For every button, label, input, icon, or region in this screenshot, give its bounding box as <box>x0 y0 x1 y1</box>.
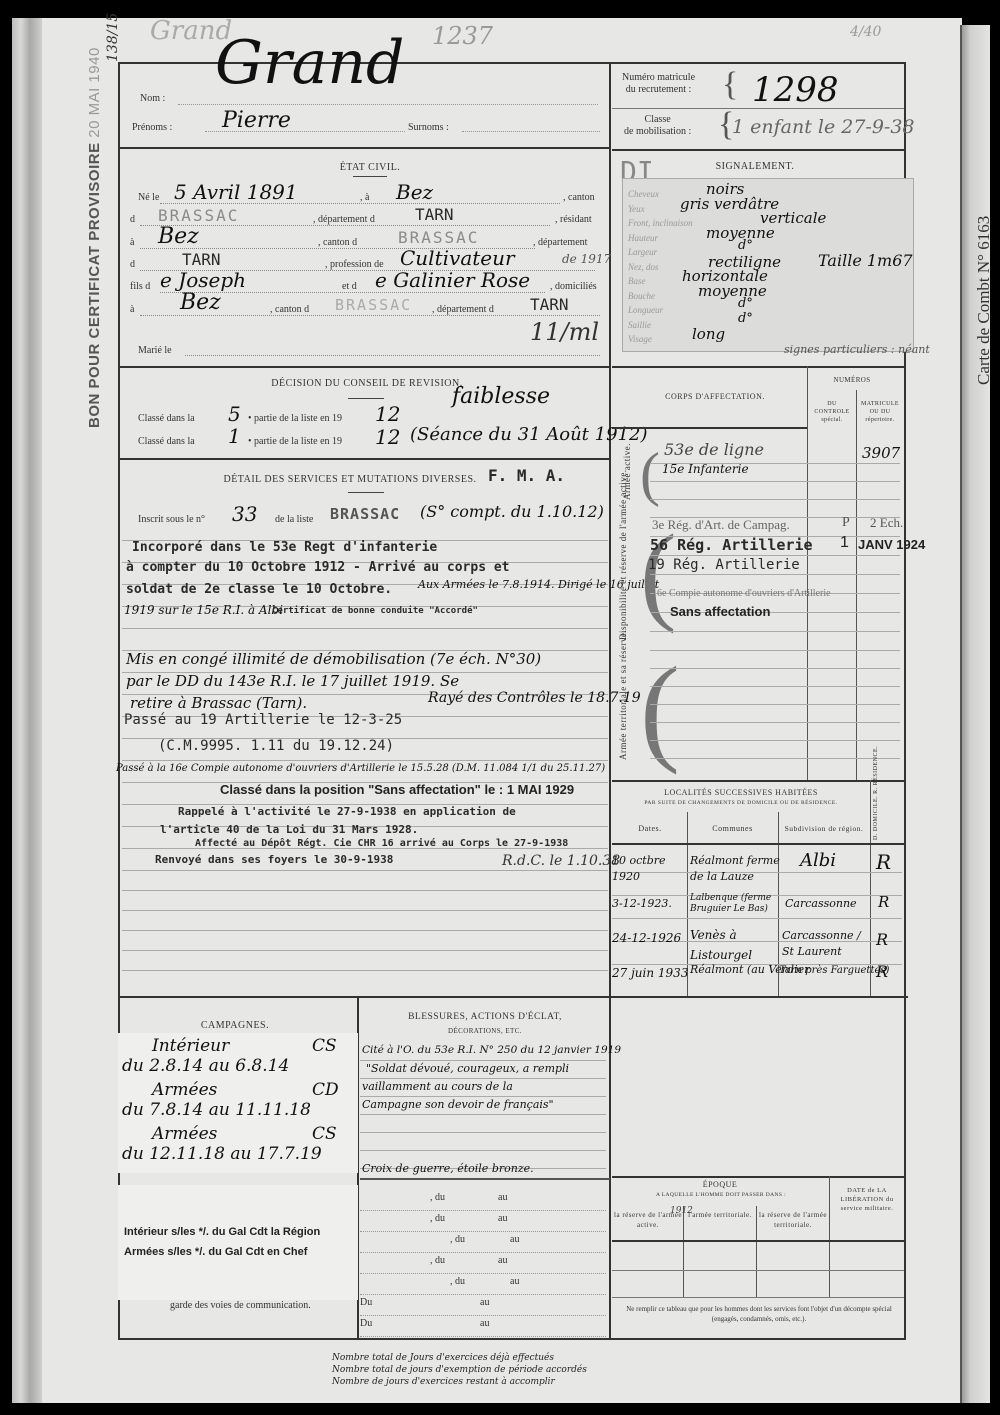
pencil-corner-note: 4/40 <box>850 24 881 40</box>
ruled-line <box>650 555 900 556</box>
signalement-row: Basehorizontale <box>628 271 908 286</box>
taille-value: Taille 1m67 <box>818 251 913 270</box>
partie-value: 5 <box>228 402 241 426</box>
nom-line <box>178 104 598 105</box>
surnoms-line <box>462 131 600 132</box>
du-au-row: Duau <box>360 1295 606 1316</box>
service-entry: Rappelé à l'activité le 27-9-1938 en app… <box>178 805 516 818</box>
localite-subdivision: Albi <box>800 850 836 871</box>
service-entry: retire à Brassac (Tarn). <box>130 694 307 712</box>
conseil-title: DÉCISION DU CONSEIL DE REVISION. <box>252 378 482 389</box>
matricule-entry: JANV 1924 <box>858 537 925 552</box>
controle-entry: 1 <box>840 534 849 552</box>
epoque-subtitle: A LAQUELLE L'HOMME DOIT PASSER DANS : <box>616 1192 826 1198</box>
mother-name: e Galinier Rose <box>375 268 530 292</box>
signalement-row: Saillied° <box>628 315 908 330</box>
sig-label: Visage <box>628 334 652 344</box>
birth-canton: BRASSAC <box>158 206 239 225</box>
section-divider <box>120 996 908 998</box>
classe-value: 1 enfant le 27-9-38 <box>732 116 915 138</box>
total-exercises-done: Nombre total de Jours d'exercices déjà e… <box>332 1352 587 1364</box>
signalement-row: Hauteurmoyenne <box>628 228 908 243</box>
matricule-column-header: MATRICULE OU DU répertoire. <box>858 400 902 424</box>
du-au-row: , duau <box>360 1190 606 1211</box>
fill-line <box>140 315 600 316</box>
father-name: e Joseph <box>160 268 246 292</box>
ruled-line <box>122 930 608 931</box>
service-entry: Rayé des Contrôles le 18.7.19 <box>428 690 641 706</box>
ruled-line <box>650 574 900 575</box>
title-rule <box>348 398 384 399</box>
resident-label: , résidant <box>555 214 592 225</box>
group-label-territoriale: Armée territoriale et sa réserve. <box>618 630 628 760</box>
campaign-entry: Armées CD du 7.8.14 au 11.11.18 <box>122 1080 352 1124</box>
campaign-place: Armées <box>152 1080 217 1100</box>
signalement-row: Visagelong <box>628 329 908 344</box>
annee-value: 12 <box>375 425 400 449</box>
campagnes-title: CAMPAGNES. <box>190 1020 280 1031</box>
marginal-note: 11/ml <box>530 318 599 346</box>
campaign-period: du 12.11.18 au 17.7.19 <box>122 1144 322 1164</box>
service-entry: Renvoyé dans ses foyers le 30-9-1938 <box>155 853 393 866</box>
dr-column-header: D. DOMICILE. R. RÉSIDENCE. <box>872 780 881 840</box>
signalement-row: Nez, dosrectiligneTaille 1m67 <box>628 257 908 272</box>
service-entry: Mis en congé illimité de démobilisation … <box>126 650 541 668</box>
classe-dans-label: Classé dans la <box>138 413 195 424</box>
classe-divider <box>612 149 904 151</box>
localite-date: 10 octbre 1920 <box>612 853 687 885</box>
matricule-label-line1: Numéro matricule <box>622 72 695 84</box>
header-divider <box>612 1240 904 1242</box>
territoriale-header: l'armée territoriale. <box>686 1210 754 1220</box>
matricule-divider <box>612 108 904 109</box>
brace-glyph: { <box>722 66 738 104</box>
ruled-line <box>122 910 608 911</box>
stamp-date: 20 MAI 1940 <box>86 47 103 138</box>
au-label: au <box>510 1234 519 1245</box>
sig-label: Front, inclinaison <box>628 218 693 228</box>
ruled-line <box>360 1114 606 1115</box>
du-label: , du <box>450 1234 465 1245</box>
remaining-exercise-days: Nombre de jours d'exercices restant à ac… <box>332 1376 587 1388</box>
group-label-disponibilite: Disponibilité et réserve de l'armée acti… <box>618 500 628 640</box>
localite-commune: Venès à Listourgel <box>690 925 780 965</box>
inscrit-label: Inscrit sous le n° <box>138 514 205 525</box>
pasted-stamp-slip <box>118 1185 358 1300</box>
campaign-entry: Intérieur CS du 2.8.14 au 6.8.14 <box>122 1036 352 1080</box>
prenoms-value: Pierre <box>222 108 291 133</box>
ruled-line <box>360 1150 606 1151</box>
ruled-line <box>650 740 900 741</box>
sig-label: Base <box>628 276 646 286</box>
header-divider <box>612 427 807 429</box>
campaign-code: CS <box>312 1124 337 1144</box>
numeros-title: NUMÉROS <box>822 376 882 384</box>
service-entry: Passé au 19 Artillerie le 12-3-25 <box>124 712 402 728</box>
campaign-entry: Armées CS du 12.11.18 au 17.7.19 <box>122 1124 352 1168</box>
prenoms-label: Prénoms : <box>132 122 172 133</box>
localite-date: 27 juin 1933 <box>612 966 688 980</box>
a-label: , à <box>360 192 369 203</box>
localite-dr: R <box>876 930 888 949</box>
service-entry: Affecté au Dépôt Régt. Cie CHR 16 arrivé… <box>195 838 568 849</box>
localite-commune: Réalmont ferme de la Lauze <box>690 853 780 885</box>
ruled-line <box>650 668 900 669</box>
liste-value: BRASSAC <box>330 505 400 523</box>
citation-line: vaillamment au cours de la <box>362 1080 513 1093</box>
du-label: , du <box>430 1255 445 1266</box>
stamp-text: BON POUR CERTIFICAT PROVISOIRE <box>86 142 103 428</box>
total-exemption-days: Nombre total de jours d'exemption de pér… <box>332 1364 587 1376</box>
signalement-row: Longueurd° <box>628 300 908 315</box>
corps-entry: 53e de ligne <box>664 440 764 459</box>
page-binding-edge <box>12 18 42 1403</box>
matricule-label: Numéro matricule du recrutement : <box>622 72 695 96</box>
annee-value: 12 <box>375 402 400 426</box>
du-label: Du <box>360 1297 372 1308</box>
sig-label: Longueur <box>628 305 663 315</box>
service-entry: par le DD du 143e R.I. le 17 juillet 191… <box>126 672 459 690</box>
signalement-list: Cheveuxnoirs Yeuxgris verdâtre Front, in… <box>628 184 908 344</box>
a-label: à <box>130 304 134 315</box>
partie-label: • partie de la liste en 19 <box>248 436 342 447</box>
du-label: , du <box>450 1276 465 1287</box>
residence-canton: BRASSAC <box>398 228 479 247</box>
classe-label-line1: Classe <box>624 114 691 126</box>
section-divider <box>612 366 904 368</box>
ruled-line <box>650 722 900 723</box>
profession: Cultivateur <box>400 246 515 270</box>
garde-voies-label: garde des voies de communication. <box>170 1300 311 1311</box>
localite-dr: R <box>876 850 891 874</box>
controle-column-header: DU CONTROLE spécial. <box>810 400 854 424</box>
epoque-title: ÉPOQUE <box>680 1180 760 1189</box>
section-divider <box>612 780 904 782</box>
liste-note: (S° compt. du 1.10.12) <box>420 502 604 521</box>
services-title: DÉTAIL DES SERVICES ET MUTATIONS DIVERSE… <box>215 474 485 485</box>
matricule-label-line2: du recrutement : <box>622 84 695 96</box>
ruled-line <box>650 686 900 687</box>
d-label: d <box>130 259 135 270</box>
signalement-title: SIGNALEMENT. <box>710 161 800 172</box>
au-label: au <box>498 1213 507 1224</box>
ruled-line <box>650 499 900 500</box>
localite-subdivision: Carcassonne / St Laurent <box>782 928 870 960</box>
decoration-line: Croix de guerre, étoile bronze. <box>362 1162 534 1175</box>
residence-departement: TARN <box>182 250 221 269</box>
sig-value: long <box>692 325 725 343</box>
surnoms-label: Surnoms : <box>408 122 449 133</box>
classe-label-line2: de mobilisation : <box>624 126 691 138</box>
ruled-line <box>650 481 900 482</box>
sig-label: Bouche <box>628 291 655 301</box>
campaign-code: CD <box>312 1080 339 1100</box>
corps-entry: 16e Compie autonome d'ouvriers d'Artille… <box>652 588 831 599</box>
ruled-line <box>122 890 608 891</box>
departement-label: , département d <box>432 304 494 315</box>
partie-label: • partie de la liste en 19 <box>248 413 342 424</box>
birth-departement: TARN <box>415 205 454 224</box>
service-entry: (C.M.9995. 1.11 du 19.12.24) <box>158 738 394 754</box>
identity-divider <box>120 147 610 149</box>
section-divider <box>120 366 610 368</box>
ruled-line <box>650 650 900 651</box>
parents-canton: BRASSAC <box>335 296 412 314</box>
section-divider <box>360 1178 610 1180</box>
profession-note: de 1917 <box>562 252 611 266</box>
section-divider <box>120 458 610 460</box>
localite-subdivision: Carcassonne <box>785 897 857 910</box>
liste-label: de la liste <box>275 514 313 525</box>
footer-totals: Nombre total de Jours d'exercices déjà e… <box>332 1352 587 1388</box>
corps-entry: 3e Rég. d'Art. de Campag. <box>652 517 790 533</box>
au-label: au <box>480 1318 489 1329</box>
localite-dr: R <box>878 893 889 911</box>
blessures-subtitle: DÉCORATIONS, ETC. <box>420 1027 550 1035</box>
nom-label: Nom : <box>140 93 165 104</box>
campaign-period: du 2.8.14 au 6.8.14 <box>122 1056 289 1076</box>
communes-column-header: Communes <box>690 824 775 833</box>
du-au-row: , duau <box>360 1232 606 1253</box>
matricule-number: 1298 <box>752 70 839 110</box>
au-label: au <box>510 1276 519 1287</box>
localite-commune: Lalbenque (ferme Bruguier Le Bas) <box>690 893 780 915</box>
localite-date: 3-12-1923. <box>612 897 672 910</box>
ne-le-label: Né le <box>138 192 159 203</box>
ruled-line <box>360 1060 606 1061</box>
fils-label: fils d <box>130 281 150 292</box>
column-divider <box>756 1206 757 1298</box>
ruled-line <box>650 758 900 759</box>
sig-value: d° <box>738 238 753 253</box>
domicilies-label: , domiciliés <box>550 281 597 292</box>
sig-value: d° <box>738 311 753 326</box>
service-entry: soldat de 2e classe le 10 Octobre. <box>126 582 392 597</box>
du-au-row: , duau <box>360 1274 606 1295</box>
signalement-row: Bouchemoyenne <box>628 286 908 301</box>
partie-value: 1 <box>228 424 241 448</box>
ruled-line <box>122 970 608 971</box>
ruled-line <box>122 628 608 629</box>
pencil-number-note: 1237 <box>432 22 493 50</box>
column-divider <box>829 1176 830 1298</box>
service-entry: Passé à la 16e Compie autonome d'ouvrier… <box>116 763 605 774</box>
ruled-line <box>650 631 900 632</box>
campaign-place: Armées <box>152 1124 217 1144</box>
citation-line: "Soldat dévoué, courageux, a rempli <box>366 1062 569 1075</box>
du-au-row: , duau <box>360 1253 606 1274</box>
service-entry: Classé dans la position "Sans affectatio… <box>220 782 574 797</box>
au-label: au <box>498 1192 507 1203</box>
du-label: , du <box>430 1192 445 1203</box>
title-rule <box>348 492 384 493</box>
ruled-line <box>360 1132 606 1133</box>
sig-label: Nez, dos <box>628 262 659 272</box>
corps-entry: Sans affectation <box>670 604 770 619</box>
service-entry: à compter du 10 Octobre 1912 - Arrivé au… <box>126 560 510 575</box>
etat-civil-title: ÉTAT CIVIL. <box>330 162 410 173</box>
citation-line: Cité à l'O. du 53e R.I. N° 250 du 12 jan… <box>362 1044 621 1056</box>
marie-label: Marié le <box>138 345 172 356</box>
corps-title: CORPS D'AFFECTATION. <box>650 392 780 401</box>
localite-subdivision: Tarn près Farguettes) <box>779 965 889 976</box>
ruled-line <box>122 870 608 871</box>
campaign-stamp-line: Intérieur s/les */. du Gal Cdt la Région <box>124 1226 320 1238</box>
subdivision-column-header: Subdivision de région. <box>780 824 868 833</box>
citation-line: Campagne son devoir de français" <box>362 1098 554 1111</box>
decision-note: faiblesse <box>452 384 550 409</box>
birth-place: Bez <box>396 180 433 204</box>
du-au-list: , duau , duau , duau , duau , duau Duau … <box>360 1190 606 1337</box>
sig-label: Cheveux <box>628 189 659 199</box>
du-au-row: , duau <box>360 1211 606 1232</box>
departement-label: , département <box>533 237 587 248</box>
birth-date: 5 Avril 1891 <box>174 180 298 204</box>
localite-date: 24-12-1926 <box>612 931 681 945</box>
residence: Bez <box>158 224 199 249</box>
campaign-stamp-line: Armées s/les */. du Gal Cdt en Chef <box>124 1246 307 1258</box>
ruled-line <box>360 1096 606 1097</box>
reserve-territoriale-header: la réserve de l'armée territoriale. <box>759 1210 827 1230</box>
signes-particuliers: signes particuliers : néant <box>784 343 930 356</box>
sig-value: d° <box>738 296 753 311</box>
campaign-period: du 7.8.14 au 11.11.18 <box>122 1100 311 1120</box>
du-label: Du <box>360 1318 372 1329</box>
service-entry: R.d.C. le 1.10.38 <box>502 853 620 869</box>
ruled-line <box>650 704 900 705</box>
blessures-title: BLESSURES, ACTIONS D'ÉCLAT, <box>390 1012 580 1022</box>
dates-column-header: Dates. <box>620 824 680 833</box>
ruled-line <box>360 1078 606 1079</box>
ruled-line <box>122 760 608 761</box>
numeros-divider <box>807 366 808 780</box>
campaign-code: CS <box>312 1036 337 1056</box>
combat-card-number: Carte de Combt N° 6163 <box>974 216 994 385</box>
provisional-certificate-stamp: BON POUR CERTIFICAT PROVISOIRE 20 MAI 19… <box>86 47 103 428</box>
localite-dr: R <box>876 962 888 981</box>
epoque-note: Ne remplir ce tableau que pour les homme… <box>616 1304 902 1324</box>
campaign-list: Intérieur CS du 2.8.14 au 6.8.14 Armées … <box>122 1036 352 1168</box>
departement-label: , département d <box>313 214 375 225</box>
ruled-line <box>612 918 902 919</box>
localites-subtitle: PAR SUITE DE CHANGEMENTS DE DOMICILE OU … <box>612 800 870 806</box>
fill-line <box>140 225 550 226</box>
service-entry: l'article 40 de la Loi du 31 Mars 1928. <box>160 823 418 836</box>
au-label: au <box>480 1297 489 1308</box>
title-rule <box>353 176 387 177</box>
inscrit-numero: 33 <box>232 502 257 526</box>
canton-label: , canton <box>563 192 595 203</box>
canton-label: , canton d <box>318 237 357 248</box>
nom-value: Grand <box>215 28 404 98</box>
fill-line <box>160 203 560 204</box>
ruled-line <box>612 1270 904 1271</box>
corps-entry: 56 Rég. Artillerie <box>650 536 813 554</box>
matricule-entry: 2 Ech. <box>870 515 903 531</box>
parents-domicile: Bez <box>180 290 221 315</box>
au-label: au <box>498 1255 507 1266</box>
localites-title: LOCALITÉS SUCCESSIVES HABITÉES <box>612 788 870 797</box>
ruled-line <box>612 1297 904 1298</box>
section-divider <box>612 1176 904 1178</box>
classe-label: Classe de mobilisation : <box>624 114 691 138</box>
controle-entry: P <box>842 515 850 531</box>
matricule-entry: 3907 <box>862 444 900 462</box>
campaign-place: Intérieur <box>152 1036 229 1056</box>
et-label: et d <box>342 281 357 292</box>
corps-entry: 15e Infanterie <box>662 462 749 476</box>
du-label: , du <box>430 1213 445 1224</box>
sig-label: Saillie <box>628 320 651 330</box>
sig-label: Largeur <box>628 247 657 257</box>
ruled-line <box>122 950 608 951</box>
column-divider <box>683 1206 684 1298</box>
service-entry: Certificat de bonne conduite "Accordé" <box>272 606 478 616</box>
a-label: à <box>130 237 134 248</box>
header-divider <box>612 843 904 845</box>
service-entry: Incorporé dans le 53e Regt d'infanterie <box>132 540 437 555</box>
classe-dans-label: Classé dans la <box>138 436 195 447</box>
parents-departement: TARN <box>530 295 569 314</box>
sig-label: Yeux <box>628 204 645 214</box>
service-entry: 1919 sur le 15e R.I. à Albi <box>124 603 283 617</box>
d-label: d <box>130 214 135 225</box>
canton-label: , canton d <box>270 304 309 315</box>
fma-stamp: F. M. A. <box>488 466 565 485</box>
sig-label: Hauteur <box>628 233 658 243</box>
du-au-row: Duau <box>360 1316 606 1337</box>
corps-entry: 19 Rég. Artillerie <box>648 557 800 573</box>
liberation-date-header: DATE de LA LIBÉRATION du service militai… <box>832 1186 902 1213</box>
left-margin-note: 138/15 <box>105 13 121 62</box>
sig-value: moyenne <box>698 282 767 300</box>
fill-line <box>185 355 600 356</box>
